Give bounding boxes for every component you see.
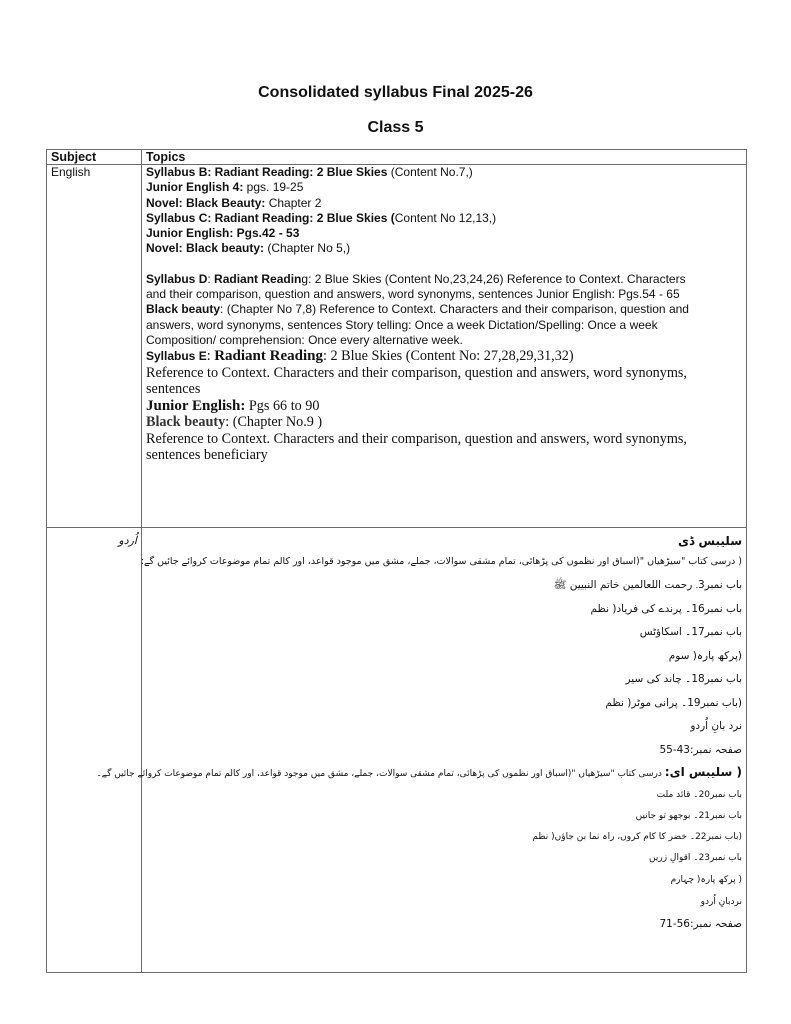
header-subject: Subject (47, 150, 142, 165)
syllabus-e-rr-desc: Reference to Context. Characters and the… (146, 365, 742, 398)
syllabus-d-paragraph: Syllabus D: Radiant Reading: 2 Blue Skie… (146, 272, 742, 348)
syllabus-e-line-1: Syllabus E: Radiant Reading: 2 Blue Skie… (146, 348, 742, 365)
urdu-d-item: صفحہ نمبر:43-55 (146, 739, 742, 763)
urdu-e-item: باب نمبر20۔ قائد ملت (146, 785, 742, 806)
subject-urdu: اُردو (47, 528, 142, 973)
subject-english: English (47, 165, 142, 528)
urdu-e-item: باب نمبر21۔ بوجھو تو جانیں (146, 806, 742, 827)
syllabus-c-line-2: Junior English: Pgs.42 - 53 (146, 226, 742, 241)
syllabus-e-bb-desc: Reference to Context. Characters and the… (146, 431, 742, 464)
urdu-d-item: باب نمبر16۔ پرندے کی فریاد( نظم (146, 598, 742, 622)
urdu-d-item: نرد بانِ اُردو (146, 715, 742, 739)
table-row-english: English Syllabus B: Radiant Reading: 2 B… (47, 165, 747, 528)
urdu-e-item: (باب نمبر22۔ خضر کا کام کروں، راہ نما بن… (146, 827, 742, 848)
topics-urdu: سلیبس ڈی ( درسی کتاب "سیڑھیاں "(اسباق او… (142, 528, 747, 973)
syllabus-b-line-1: Syllabus B: Radiant Reading: 2 Blue Skie… (146, 165, 742, 180)
header-topics: Topics (142, 150, 747, 165)
urdu-e-item: باب نمبر23۔ اقوالِ زریں (146, 848, 742, 869)
urdu-syllabus-d-heading: سلیبس ڈی (146, 532, 742, 550)
urdu-syllabus-d-intro: ( درسی کتاب "سیڑھیاں "(اسباق اور نظموں ک… (146, 550, 742, 574)
urdu-d-item: (باب نمبر19۔ پرانی موٹر( نظم (146, 692, 742, 716)
urdu-e-item: ( پرکھ پارہ( چہارم (146, 869, 742, 891)
syllabus-c-line-1: Syllabus C: Radiant Reading: 2 Blue Skie… (146, 211, 742, 226)
syllabus-e-junior-english: Junior English: Pgs 66 to 90 (146, 398, 742, 415)
urdu-d-item: (پرکھ پارہ( سوم (146, 645, 742, 669)
urdu-d-item: باب نمبر17۔ اسکاؤٹس (146, 621, 742, 645)
document-title: Consolidated syllabus Final 2025-26 (0, 84, 791, 102)
table-row-urdu: اُردو سلیبس ڈی ( درسی کتاب "سیڑھیاں "(اس… (47, 528, 747, 973)
urdu-d-item: باب نمبر18۔ چاند کی سیر (146, 668, 742, 692)
urdu-e-item: نردبانِ اُردو (146, 891, 742, 913)
urdu-e-item: صفحہ نمبر:56-71 (146, 913, 742, 935)
urdu-d-item: باب نمبر3۔ رحمت اللعالمین خاتم النبیین ﷺ (146, 574, 742, 598)
syllabus-b-line-3: Novel: Black Beauty: Chapter 2 (146, 196, 742, 211)
topics-english: Syllabus B: Radiant Reading: 2 Blue Skie… (142, 165, 747, 528)
syllabus-c-line-3: Novel: Black beauty: (Chapter No 5,) (146, 241, 742, 256)
syllabus-table: Subject Topics English Syllabus B: Radia… (46, 149, 747, 973)
syllabus-e-black-beauty: Black beauty: (Chapter No.9 ) (146, 414, 742, 431)
syllabus-b-line-2: Junior English 4: pgs. 19-25 (146, 180, 742, 195)
table-header-row: Subject Topics (47, 150, 747, 165)
urdu-syllabus-e-intro: ( سلیبس ای: درسی کتاب "سیڑھیاں "(اسباق ا… (146, 762, 742, 785)
document-page: Consolidated syllabus Final 2025-26 Clas… (0, 0, 791, 1024)
class-title: Class 5 (0, 119, 791, 137)
